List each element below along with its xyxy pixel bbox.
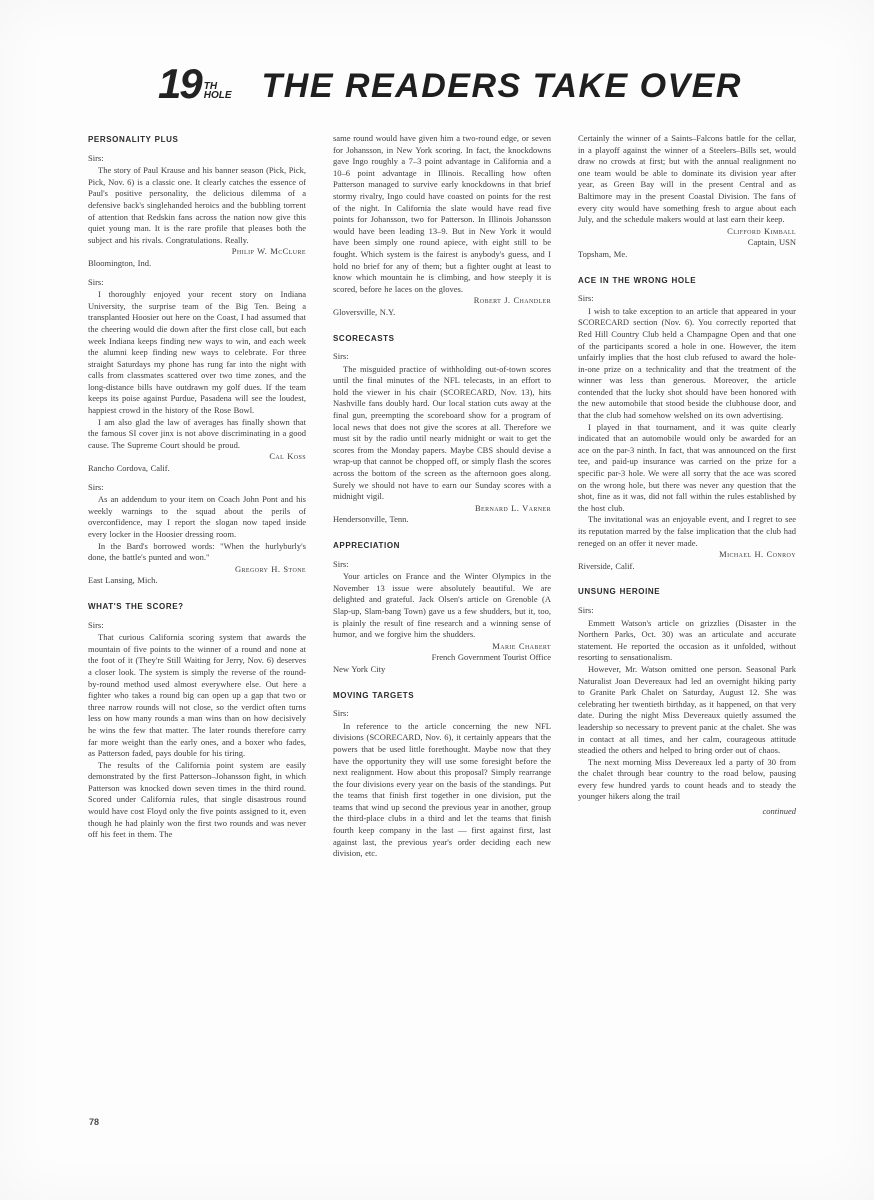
continued-label: continued xyxy=(578,806,796,818)
letter-heading: UNSUNG HEROINE xyxy=(578,586,796,598)
letter-paragraph: Your articles on France and the Winter O… xyxy=(333,571,551,641)
salutation-line: Sirs: xyxy=(88,482,306,494)
letter-paragraph: The next morning Miss Devereaux led a pa… xyxy=(578,757,796,803)
letter-paragraph: same round would have given him a two-ro… xyxy=(333,133,551,295)
signature-line: Bernard L. Varner xyxy=(333,503,551,515)
salutation-line: Sirs: xyxy=(88,620,306,632)
salutation-line: Sirs: xyxy=(333,708,551,720)
letter-heading: APPRECIATION xyxy=(333,540,551,552)
letter-paragraph: I thoroughly enjoyed your recent story o… xyxy=(88,289,306,417)
letters-column-2: same round would have given him a two-ro… xyxy=(333,133,551,860)
letter-heading: SCORECASTS xyxy=(333,333,551,345)
letter-paragraph: I am also glad the law of averages has f… xyxy=(88,417,306,452)
salutation-line: Sirs: xyxy=(333,559,551,571)
signature-line: Michael H. Conroy xyxy=(578,549,796,561)
signature-line: Marie Chabert xyxy=(333,641,551,653)
letter-paragraph: Emmett Watson's article on grizzlies (Di… xyxy=(578,618,796,664)
letter-heading: PERSONALITY PLUS xyxy=(88,134,306,146)
magazine-page: 19 TH HOLE THE READERS TAKE OVER PERSONA… xyxy=(0,0,874,1200)
letter-paragraph: The results of the California point syst… xyxy=(88,760,306,841)
letter-paragraph: The misguided practice of withholding ou… xyxy=(333,364,551,503)
section-title: THE READERS TAKE OVER xyxy=(262,70,742,103)
salutation-line: Sirs: xyxy=(578,293,796,305)
city-line: Gloversville, N.Y. xyxy=(333,307,551,319)
letters-columns: PERSONALITY PLUSSirs:The story of Paul K… xyxy=(88,133,796,860)
salutation-line: Sirs: xyxy=(578,605,796,617)
signature-affiliation-line: French Government Tourist Office xyxy=(333,652,551,664)
letters-column-3: Certainly the winner of a Saints–Falcons… xyxy=(578,133,796,860)
letter-heading: WHAT'S THE SCORE? xyxy=(88,601,306,613)
city-line: Riverside, Calif. xyxy=(578,561,796,573)
city-line: East Lansing, Mich. xyxy=(88,575,306,587)
letter-paragraph: The invitational was an enjoyable event,… xyxy=(578,514,796,549)
salutation-line: Sirs: xyxy=(88,277,306,289)
letter-paragraph: I played in that tournament, and it was … xyxy=(578,422,796,515)
masthead-ordinal-stack: TH HOLE xyxy=(204,82,232,100)
masthead-number: 19 xyxy=(158,66,201,102)
city-line: Bloomington, Ind. xyxy=(88,258,306,270)
letter-paragraph: In reference to the article concerning t… xyxy=(333,721,551,860)
city-line: New York City xyxy=(333,664,551,676)
letter-paragraph: However, Mr. Watson omitted one person. … xyxy=(578,664,796,757)
letter-paragraph: In the Bard's borrowed words: "When the … xyxy=(88,541,306,564)
page-number: 78 xyxy=(89,1117,99,1127)
letter-paragraph: I wish to take exception to an article t… xyxy=(578,306,796,422)
letter-paragraph: Certainly the winner of a Saints–Falcons… xyxy=(578,133,796,226)
section-masthead: 19 TH HOLE THE READERS TAKE OVER xyxy=(158,66,742,102)
masthead-word: HOLE xyxy=(204,91,232,100)
city-line: Hendersonville, Tenn. xyxy=(333,514,551,526)
city-line: Rancho Cordova, Calif. xyxy=(88,463,306,475)
signature-line: Gregory H. Stone xyxy=(88,564,306,576)
city-line: Topsham, Me. xyxy=(578,249,796,261)
signature-line: Cal Koss xyxy=(88,451,306,463)
letter-heading: MOVING TARGETS xyxy=(333,690,551,702)
letter-paragraph: As an addendum to your item on Coach Joh… xyxy=(88,494,306,540)
letter-heading: ACE IN THE WRONG HOLE xyxy=(578,275,796,287)
salutation-line: Sirs: xyxy=(333,351,551,363)
signature-line: Philip W. McClure xyxy=(88,246,306,258)
signature-line: Clifford Kimball xyxy=(578,226,796,238)
letter-paragraph: That curious California scoring system t… xyxy=(88,632,306,760)
signature-line: Robert J. Chandler xyxy=(333,295,551,307)
letter-paragraph: The story of Paul Krause and his banner … xyxy=(88,165,306,246)
letters-column-1: PERSONALITY PLUSSirs:The story of Paul K… xyxy=(88,133,306,860)
salutation-line: Sirs: xyxy=(88,153,306,165)
signature-affiliation-line: Captain, USN xyxy=(578,237,796,249)
